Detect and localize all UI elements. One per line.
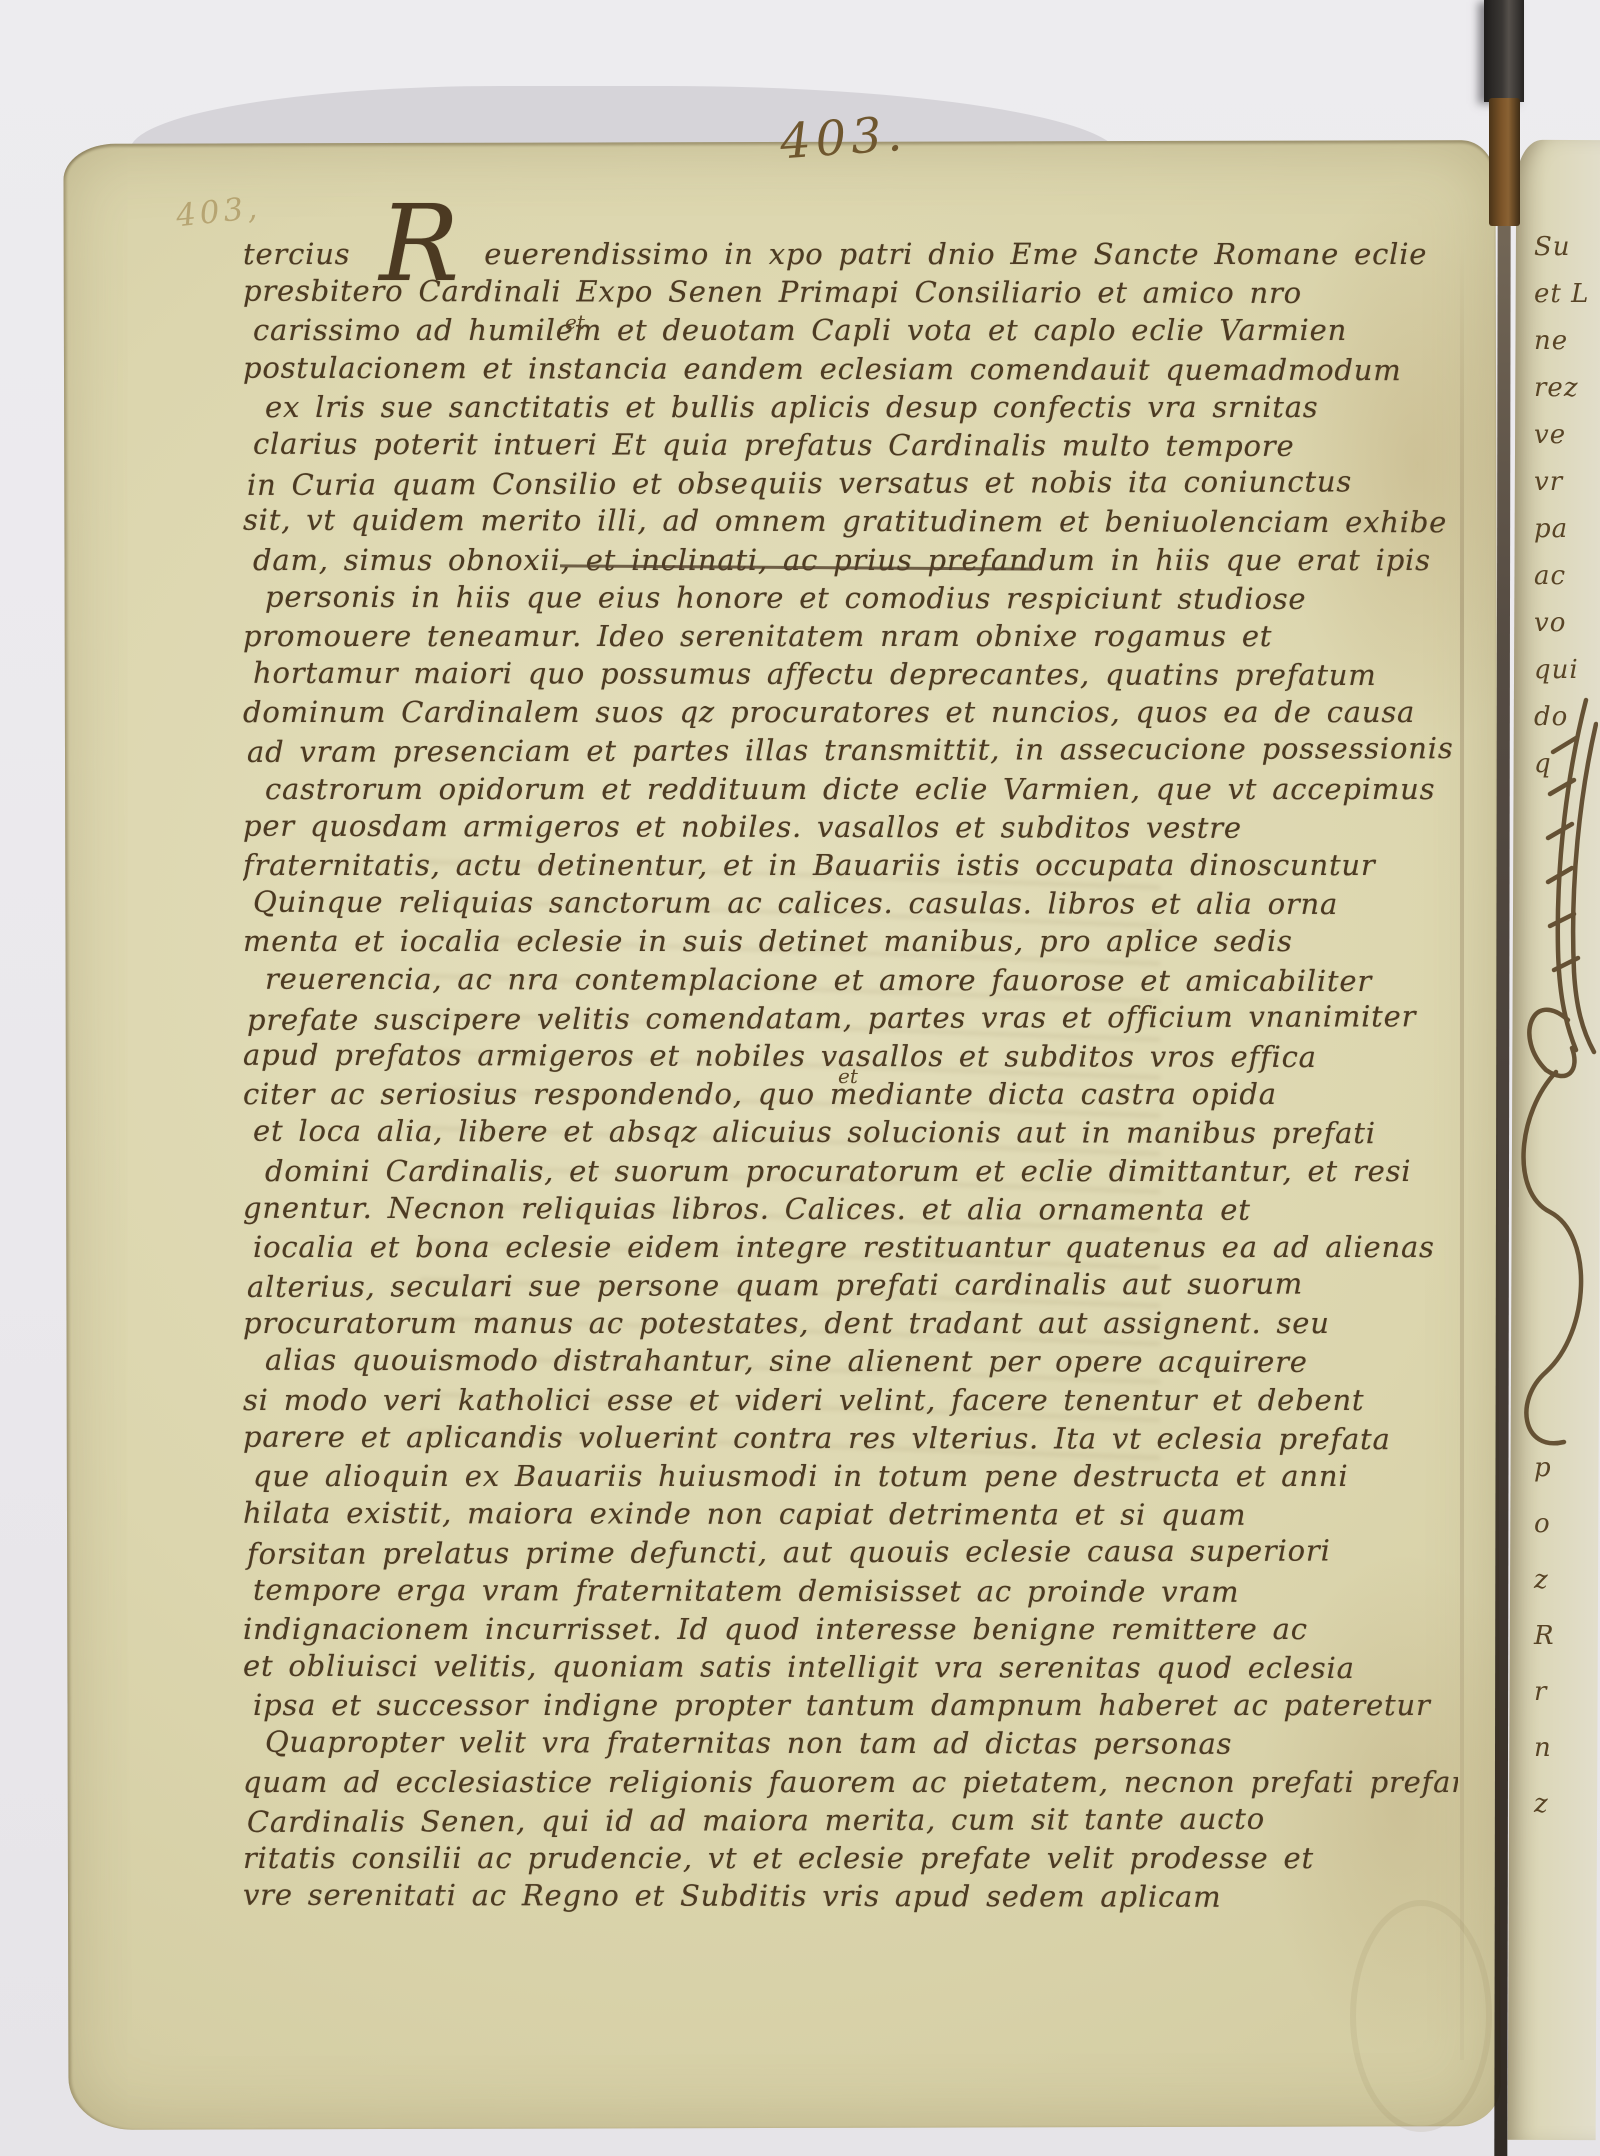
- facing-line-fragment: ac: [1534, 553, 1589, 600]
- manuscript-line: ad vram presenciam et partes illas trans…: [243, 731, 1462, 773]
- facing-line-fragment: et L: [1534, 271, 1589, 318]
- interlinear-correction: et: [838, 1064, 858, 1088]
- interlinear-correction: et: [565, 310, 585, 334]
- manuscript-line: que alioquin ex Bauariis huiusmodi in to…: [243, 1458, 1468, 1496]
- facing-line-fragment: z: [1534, 1776, 1555, 1832]
- manuscript-line: menta et iocalia eclesie in suis detinet…: [243, 923, 1458, 961]
- facing-line-fragment: pa: [1534, 506, 1589, 553]
- manuscript-line: dominum Cardinalem suos qz procuratores …: [243, 694, 1458, 732]
- manuscript-line: Quapropter velit vra fraternitas non tam…: [243, 1724, 1480, 1765]
- manuscript-line: hortamur maiori quo possumus affectu dep…: [243, 655, 1468, 696]
- manuscript-line: tercius R euerendissimo in xpo patri dni…: [243, 236, 1458, 274]
- manuscript-line: ipsa et successor indigne propter tantum…: [243, 1687, 1468, 1725]
- facing-line-fragment: vo: [1534, 600, 1589, 647]
- manuscript-line: alterius, seculari sue persone quam pref…: [243, 1265, 1462, 1307]
- manuscript-line: indignacionem incurrisset. Id quod inter…: [243, 1611, 1458, 1649]
- facing-line-fragment: o: [1534, 1496, 1555, 1552]
- manuscript-line: sit, vt quidem merito illi, ad omnem gra…: [243, 502, 1458, 543]
- facing-line-fragment: R: [1534, 1608, 1555, 1664]
- facing-line-fragment: p: [1534, 1440, 1555, 1496]
- manuscript-line: vre serenitati ac Regno et Subditis vris…: [243, 1877, 1458, 1918]
- manuscript-line: clarius poterit intueri Et quia prefatus…: [243, 426, 1468, 467]
- manuscript-line: carissimo ad humilem et deuotam Capli vo…: [243, 312, 1468, 350]
- manuscript-line: castrorum opidorum et reddituum dicte ec…: [243, 771, 1480, 809]
- manuscript-line: reuerencia, ac nra contemplacione et amo…: [243, 960, 1480, 1001]
- facing-line-fragment: q: [1534, 741, 1589, 788]
- facing-line-fragment: z: [1534, 1552, 1555, 1608]
- binding-strap-leather: [1489, 98, 1520, 226]
- manuscript-scan: 403, 403. tercius R euerendissimo in xpo…: [0, 0, 1600, 2156]
- manuscript-line: fraternitatis, actu detinentur, et in Ba…: [243, 847, 1458, 885]
- facing-line-fragment: Su: [1534, 224, 1589, 271]
- manuscript-line: Cardinalis Senen, qui id ad maiora merit…: [243, 1800, 1462, 1842]
- manuscript-line: Quinque reliquias sanctorum ac calices. …: [243, 884, 1468, 925]
- facing-line-fragment: n: [1534, 1720, 1555, 1776]
- facing-line-fragment: ve: [1534, 412, 1589, 459]
- manuscript-line: et obliuisci velitis, quoniam satis inte…: [243, 1648, 1458, 1689]
- manuscript-line: quam ad ecclesiastice religionis fauorem…: [243, 1764, 1458, 1802]
- facing-page-line-fragments: Suet Lnerezvevrpaacvoquidoq: [1534, 224, 1589, 788]
- manuscript-line: forsitan prelatus prime defuncti, aut qu…: [243, 1532, 1462, 1574]
- facing-line-fragment: ne: [1534, 318, 1589, 365]
- manuscript-line: hilata existit, maiora exinde non capiat…: [243, 1495, 1458, 1536]
- ring-stain: [1350, 1900, 1492, 2132]
- facing-line-fragment: vr: [1534, 459, 1589, 506]
- manuscript-line: domini Cardinalis, et suorum procuratoru…: [243, 1153, 1480, 1191]
- manuscript-line: per quosdam armigeros et nobiles. vasall…: [243, 808, 1458, 849]
- manuscript-line: personis in hiis que eius honore et como…: [243, 578, 1480, 619]
- first-line-rest: euerendissimo in xpo patri dnio Eme Sanc…: [484, 237, 1427, 271]
- manuscript-line: ritatis consilii ac prudencie, vt et ecl…: [243, 1840, 1458, 1878]
- manuscript-line: gnentur. Necnon reliquias libros. Calice…: [243, 1189, 1458, 1230]
- manuscript-line: dam, simus obnoxii, et inclinati, ac pri…: [243, 542, 1468, 580]
- facing-line-fragment: qui: [1534, 647, 1589, 694]
- manuscript-line: presbitero Cardinali Expo Senen Primapi …: [243, 273, 1458, 314]
- manuscript-line: si modo veri katholici esse et videri ve…: [243, 1382, 1458, 1420]
- manuscript-line: ex lris sue sanctitatis et bullis aplici…: [243, 389, 1480, 427]
- penwork-flourish: [1498, 690, 1598, 1480]
- manuscript-line: et loca alia, libere et absqz alicuius s…: [243, 1113, 1468, 1154]
- facing-line-fragment: do: [1534, 694, 1589, 741]
- manuscript-line: procuratorum manus ac potestates, dent t…: [243, 1305, 1458, 1343]
- manuscript-line: promouere teneamur. Ideo serenitatem nra…: [243, 618, 1458, 656]
- manuscript-line: parere et aplicandis voluerint contra re…: [243, 1419, 1458, 1460]
- manuscript-line: postulacionem et instancia eandem eclesi…: [243, 349, 1458, 390]
- first-line-prefix: tercius: [243, 237, 350, 271]
- facing-line-fragment: r: [1534, 1664, 1555, 1720]
- folio-number: 403.: [778, 106, 908, 171]
- manuscript-line: in Curia quam Consilio et obsequiis vers…: [243, 463, 1462, 505]
- manuscript-line: tempore erga vram fraternitatem demisiss…: [243, 1571, 1468, 1612]
- binding-strap: [1484, 0, 1524, 102]
- manuscript-line: iocalia et bona eclesie eidem integre re…: [243, 1229, 1468, 1267]
- manuscript-line: alias quouismodo distrahantur, sine alie…: [243, 1342, 1480, 1383]
- facing-line-fragment: rez: [1534, 365, 1589, 412]
- facing-page-line-fragments: pozRrnz: [1534, 1440, 1555, 1832]
- manuscript-line: prefate suscipere velitis comendatam, pa…: [243, 998, 1462, 1040]
